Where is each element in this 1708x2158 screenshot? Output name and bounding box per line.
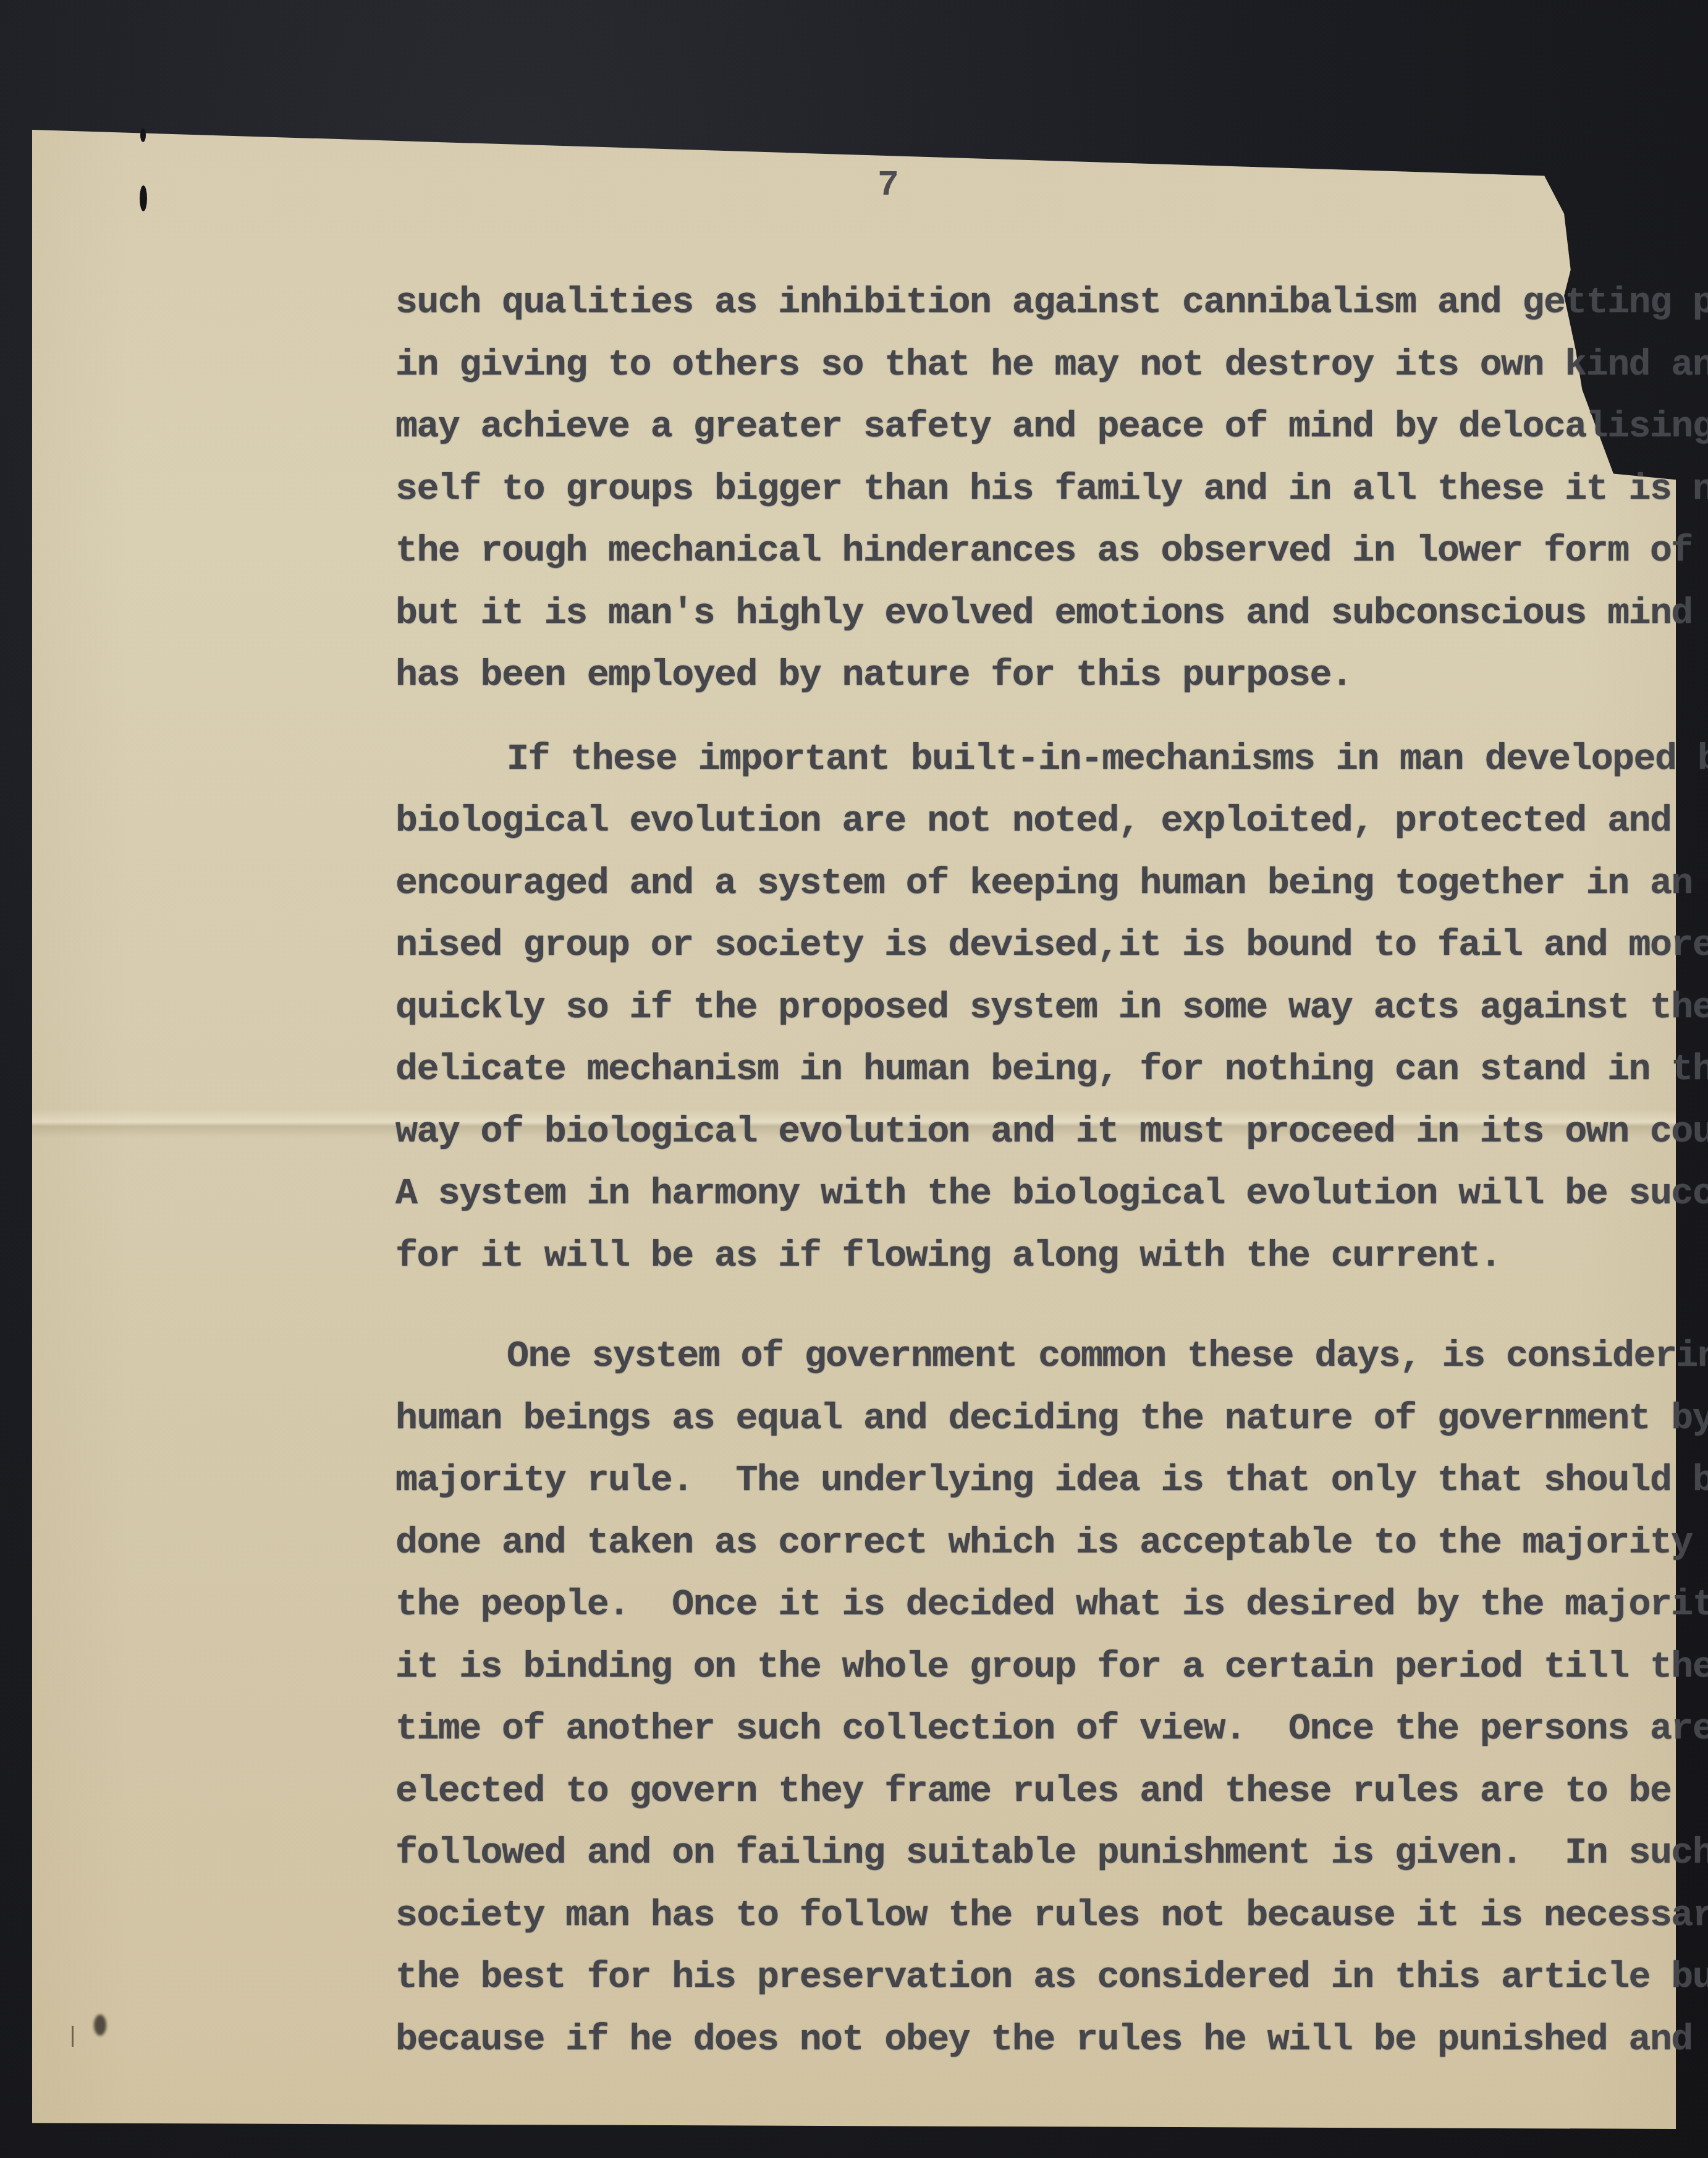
page-number: 7 — [877, 166, 899, 206]
paragraph-3: One system of government common these da… — [395, 1326, 1699, 2071]
text-line: for it will be as if flowing along with … — [395, 1225, 1699, 1288]
text-line: If these important built-in-mechanisms i… — [395, 729, 1699, 791]
text-line: the rough mechanical hinderances as obse… — [395, 520, 1699, 583]
text-line: society man has to follow the rules not … — [395, 1885, 1699, 1947]
text-line: way of biological evolution and it must … — [395, 1101, 1699, 1164]
paragraph-spacer — [395, 1287, 1699, 1326]
text-line: because if he does not obey the rules he… — [395, 2009, 1699, 2071]
text-line: biological evolution are not noted, expl… — [395, 790, 1699, 853]
text-line: encouraged and a system of keeping human… — [395, 853, 1699, 915]
punch-hole-mark-top — [140, 129, 146, 142]
typed-body-text: such qualities as inhibition against can… — [395, 272, 1699, 2071]
punch-hole-mark — [140, 185, 147, 211]
text-line: elected to govern they frame rules and t… — [395, 1761, 1699, 1823]
text-line: delicate mechanism in human being, for n… — [395, 1039, 1699, 1101]
text-line: quickly so if the proposed system in som… — [395, 977, 1699, 1039]
text-line: done and taken as correct which is accep… — [395, 1512, 1699, 1575]
paragraph-2: If these important built-in-mechanisms i… — [395, 729, 1699, 1288]
text-line: but it is man's highly evolved emotions … — [395, 583, 1699, 645]
margin-mark — [72, 2026, 74, 2047]
text-line: the people. Once it is decided what is d… — [395, 1574, 1699, 1636]
text-line: it is binding on the whole group for a c… — [395, 1636, 1699, 1699]
text-line: in giving to others so that he may not d… — [395, 334, 1699, 397]
text-line: majority rule. The underlying idea is th… — [395, 1450, 1699, 1512]
text-line: One system of government common these da… — [395, 1326, 1699, 1388]
ink-smudge — [94, 2015, 106, 2036]
text-line: A system in harmony with the biological … — [395, 1163, 1699, 1225]
text-line: time of another such collection of view.… — [395, 1698, 1699, 1761]
text-line: followed and on failing suitable punishm… — [395, 1822, 1699, 1885]
text-line: may achieve a greater safety and peace o… — [395, 396, 1699, 459]
paragraph-spacer — [395, 707, 1699, 729]
text-line: the best for his preservation as conside… — [395, 1947, 1699, 2009]
text-line: nised group or society is devised,it is … — [395, 915, 1699, 977]
text-line: has been employed by nature for this pur… — [395, 645, 1699, 707]
paragraph-1: such qualities as inhibition against can… — [395, 272, 1699, 707]
text-line: such qualities as inhibition against can… — [395, 272, 1699, 334]
text-line: self to groups bigger than his family an… — [395, 459, 1699, 521]
text-line: human beings as equal and deciding the n… — [395, 1388, 1699, 1450]
